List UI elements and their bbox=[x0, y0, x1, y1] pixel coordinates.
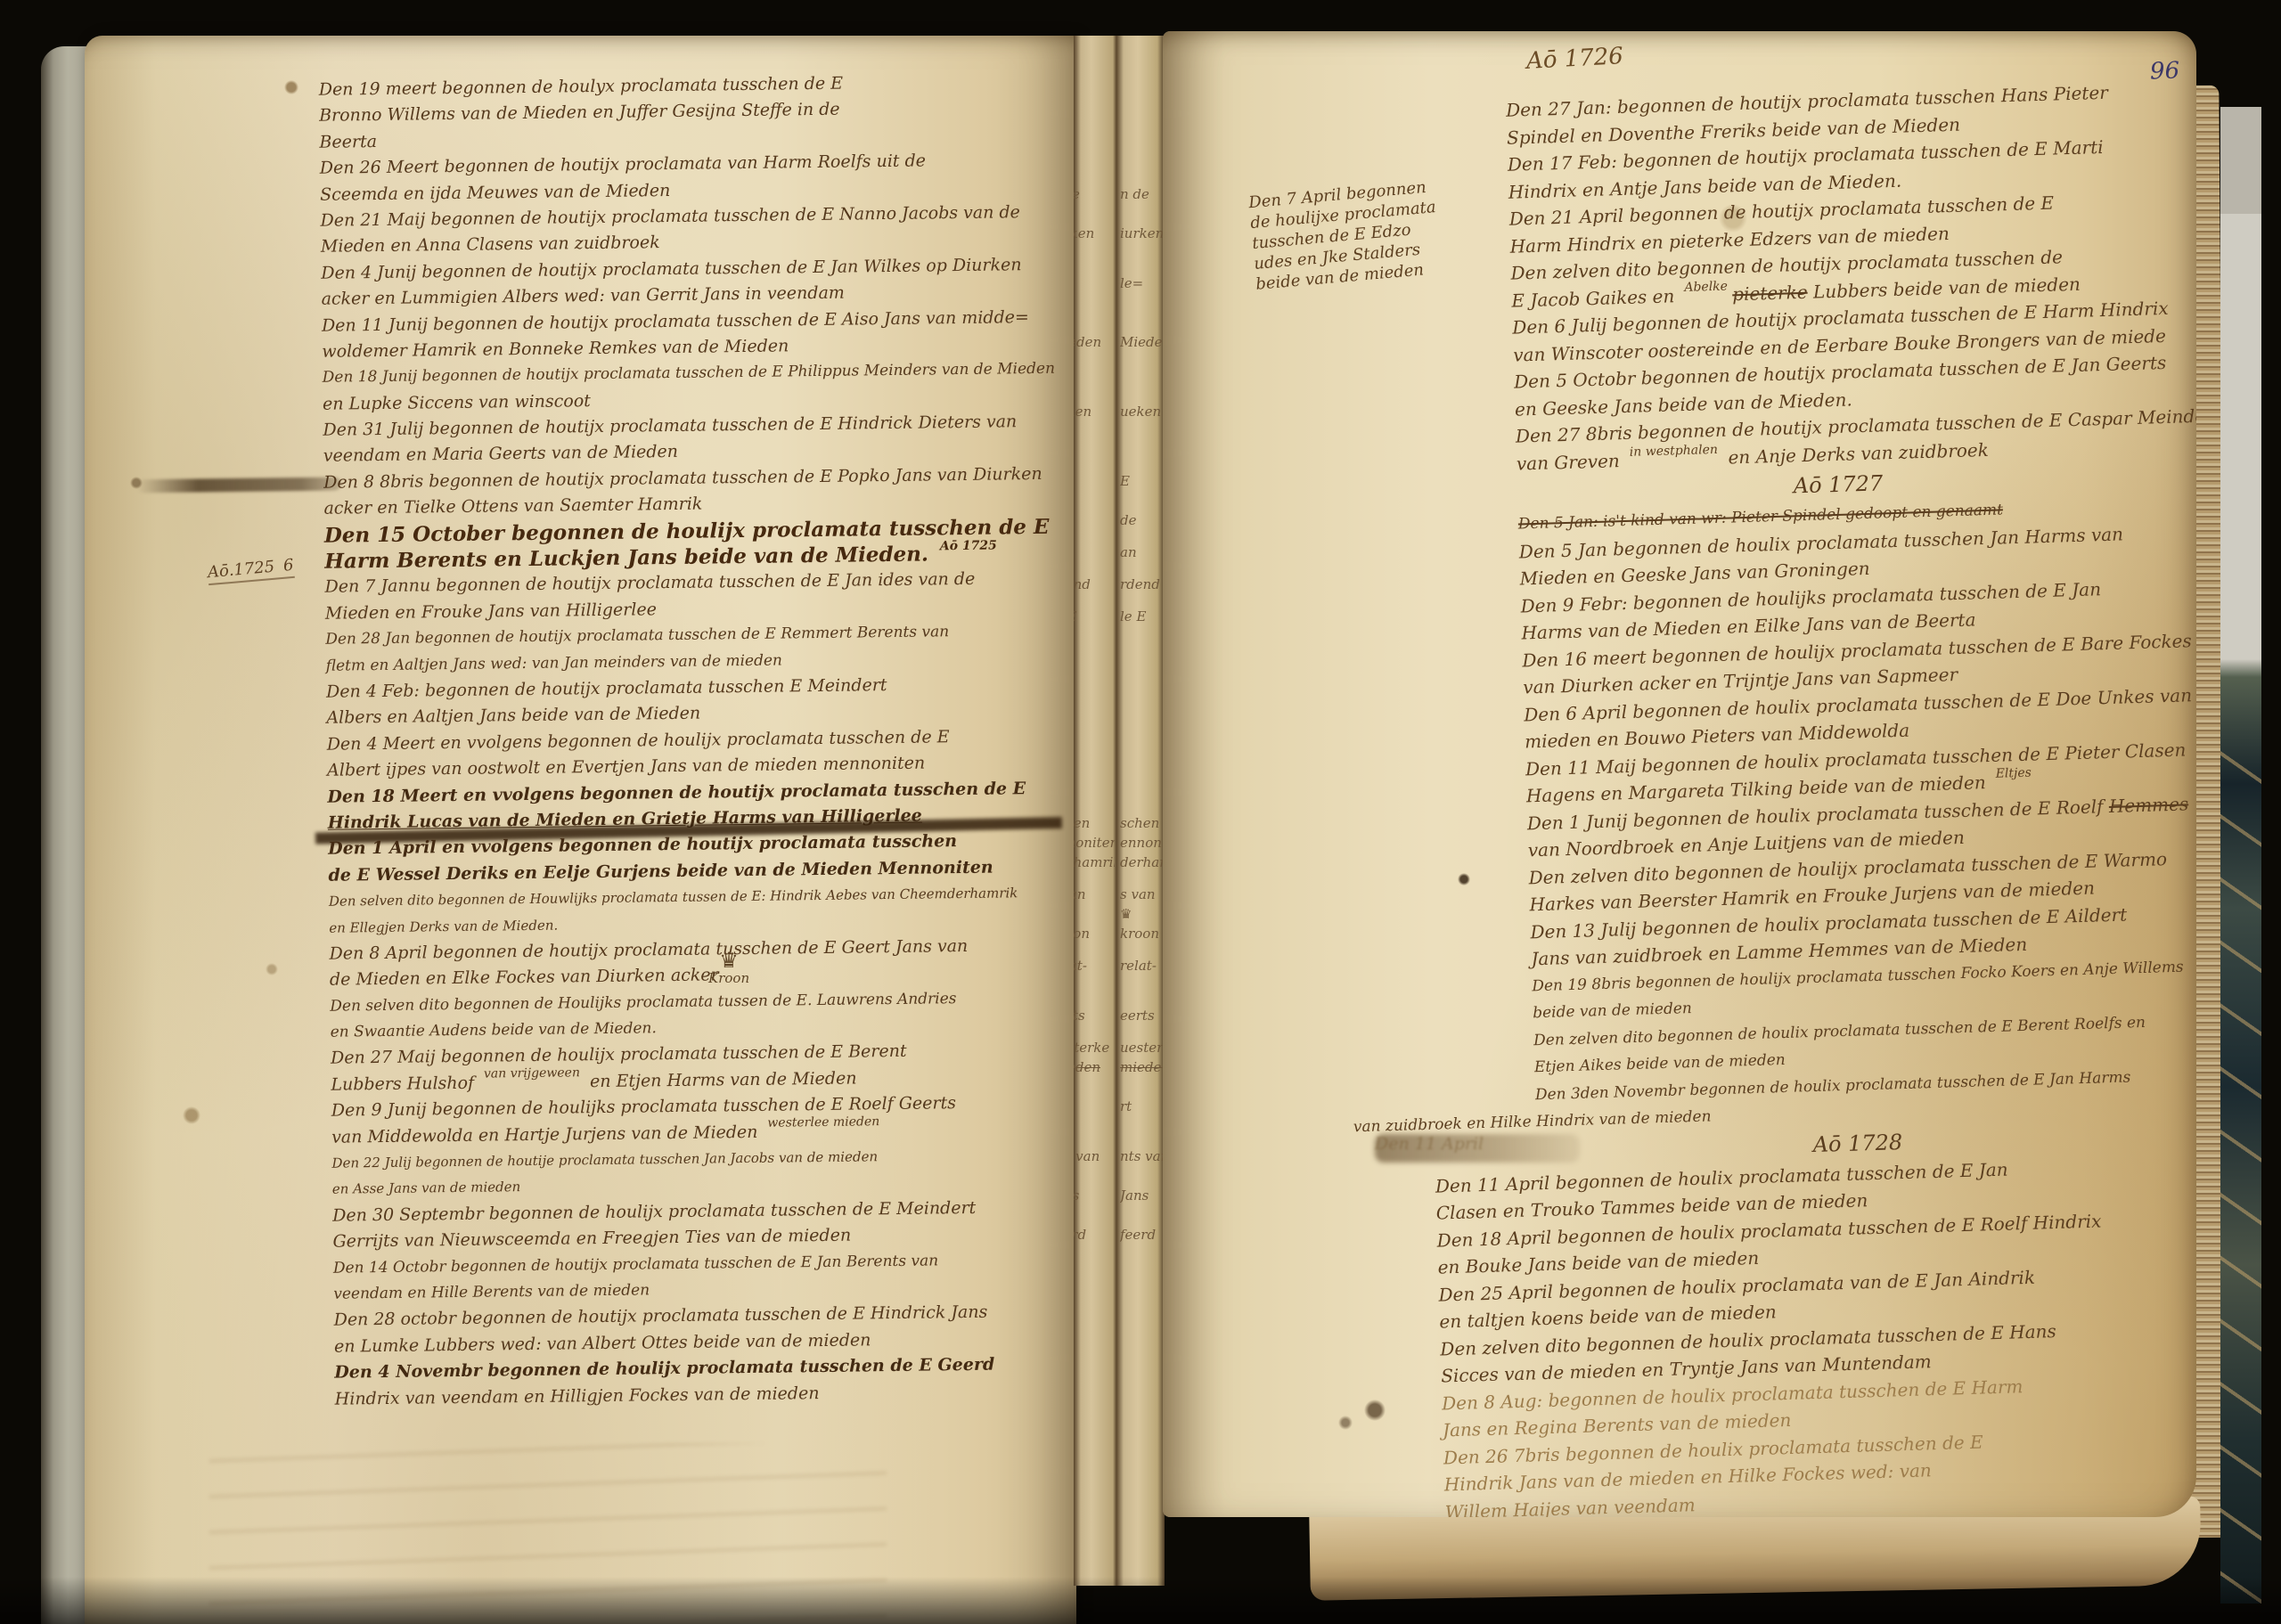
gutter-text-fragment: ♛ bbox=[1074, 905, 1115, 923]
gutter-text-fragment: kroon bbox=[1120, 925, 1165, 943]
gutter-text-fragment: ennoniten bbox=[1120, 834, 1165, 852]
gutter-text-fragment: rdend bbox=[1120, 575, 1165, 593]
left-page-text-block: Den 19 meert begonnen de houlyx proclama… bbox=[85, 36, 1076, 1416]
gutter-fragment-list: n deiurkenle=MiedenuekenEdeanrdendle Esc… bbox=[1074, 185, 1115, 1244]
gutter-text-fragment: schen bbox=[1074, 814, 1115, 832]
inserted-word: Eltjes bbox=[1995, 766, 2032, 781]
inserted-word: westerlee mieden bbox=[767, 1114, 879, 1130]
line-fragment: van Middewolda en Hartje Jurjens van de … bbox=[331, 1122, 764, 1147]
gutter-text-fragment: le= bbox=[1120, 274, 1165, 292]
gutter-text-fragment: iurken bbox=[1074, 224, 1115, 242]
gutter-text-fragment: uesterke bbox=[1120, 1039, 1165, 1057]
gutter-text-fragment: ♛ bbox=[1120, 905, 1165, 923]
left-page: Den 19 meert begonnen de houlyx proclama… bbox=[85, 36, 1076, 1624]
gutter-text-fragment: feerd bbox=[1074, 1226, 1115, 1244]
inserted-word: van vrijgeween bbox=[484, 1065, 580, 1081]
gutter-text-fragment: schen bbox=[1120, 814, 1165, 832]
gutter-text-fragment: le E bbox=[1074, 608, 1115, 625]
gutter-text-fragment: n de bbox=[1074, 185, 1115, 203]
gutter-text-fragment: ennoniten bbox=[1074, 834, 1115, 852]
gutter-text-fragment: ueken bbox=[1120, 403, 1165, 420]
gutter-text-fragment: E bbox=[1120, 472, 1165, 490]
gutter-text-fragment: mieden bbox=[1120, 1058, 1165, 1076]
gutter-text-fragment: eerts bbox=[1120, 1007, 1165, 1024]
inserted-word: Aō 1725 bbox=[940, 539, 997, 554]
line-fragment: van Greven bbox=[1517, 449, 1626, 474]
gutter-text-fragment: n de bbox=[1120, 185, 1165, 203]
gutter-text-fragment: relat- bbox=[1120, 957, 1165, 975]
line-fragment: en Etjen Harms van de Mieden bbox=[585, 1068, 857, 1091]
gutter-text-fragment: le E bbox=[1120, 608, 1165, 625]
erased-entry-text: Den 11 April bbox=[1375, 1134, 1580, 1154]
gutter-text-fragment: nts van bbox=[1120, 1147, 1165, 1165]
gutter-text-fragment: ueken bbox=[1074, 403, 1115, 420]
gutter-strip-right: n deiurkenle=MiedenuekenEdeanrdendle Esc… bbox=[1120, 36, 1165, 1586]
gutter-text-fragment: mieden bbox=[1074, 1058, 1115, 1076]
gutter-text-fragment: nts van bbox=[1074, 1147, 1115, 1165]
gutter-text-fragment: rdend bbox=[1074, 575, 1115, 593]
gutter-text-fragment: Mieden bbox=[1074, 333, 1115, 351]
line-fragment: E Jacob Gaikes en bbox=[1511, 285, 1680, 312]
gutter-text-fragment: E bbox=[1074, 472, 1115, 490]
gutter-text-fragment: kroon bbox=[1074, 925, 1115, 943]
inserted-word: in westphalen bbox=[1630, 442, 1719, 459]
gutter-text-fragment: Jans bbox=[1074, 1187, 1115, 1204]
crown-icon: ♛ bbox=[708, 951, 749, 969]
gutter-text-fragment: Mieden bbox=[1120, 333, 1165, 351]
photo-bottom-shadow bbox=[0, 1577, 2281, 1624]
margin-year-suffix: 6 bbox=[282, 556, 294, 575]
gutter-text-fragment: derhamrik bbox=[1074, 853, 1115, 871]
crown-label: Kroon bbox=[708, 969, 749, 987]
gutter-text-fragment: de bbox=[1120, 511, 1165, 529]
gutter-text-fragment: rt bbox=[1120, 1098, 1165, 1115]
gutter-text-fragment: s van bbox=[1074, 885, 1115, 903]
gutter-text-fragment: iurken bbox=[1120, 224, 1165, 242]
gutter-text-fragment: an bbox=[1120, 543, 1165, 561]
gutter-text-fragment: an bbox=[1074, 543, 1115, 561]
struck-word: pieterke bbox=[1732, 281, 1808, 304]
erased-entry: Den 11 April bbox=[1375, 1134, 1580, 1163]
gutter-text-fragment: rt bbox=[1074, 1098, 1115, 1115]
gutter-strip-left: n deiurkenle=MiedenuekenEdeanrdendle Esc… bbox=[1074, 36, 1115, 1586]
gutter-fragment-list: n deiurkenle=MiedenuekenEdeanrdendle Esc… bbox=[1120, 185, 1165, 1244]
gutter-text-fragment: Jans bbox=[1120, 1187, 1165, 1204]
manuscript-book-photo: Den 19 meert begonnen de houlyx proclama… bbox=[0, 0, 2281, 1624]
gutter-text-fragment: s van bbox=[1120, 885, 1165, 903]
gutter-text-fragment: uesterke bbox=[1074, 1039, 1115, 1057]
struck-word: Hemmes bbox=[2108, 793, 2188, 817]
gutter-text-fragment: feerd bbox=[1120, 1226, 1165, 1244]
crown-doodle-note: ♛ Kroon bbox=[708, 951, 749, 987]
gutter-text-fragment: le= bbox=[1074, 274, 1115, 292]
inserted-word: Abelke bbox=[1684, 279, 1728, 294]
right-page-text-block: Den 27 Jan: begonnen de houtijx proclama… bbox=[1163, 31, 2196, 1517]
gutter-text-fragment: de bbox=[1074, 511, 1115, 529]
marbled-paper-veins bbox=[2220, 748, 2261, 1604]
gutter-text-fragment: eerts bbox=[1074, 1007, 1115, 1024]
book-gutter: n deiurkenle=MiedenuekenEdeanrdendle Esc… bbox=[1074, 36, 1165, 1586]
gutter-text-fragment: derhamrik bbox=[1120, 853, 1165, 871]
line-fragment: Lubbers Hulshof bbox=[331, 1073, 479, 1095]
right-page: Aō 1726 96 Den 7 April begonnende houlij… bbox=[1163, 31, 2196, 1517]
gutter-text-fragment: relat- bbox=[1074, 957, 1115, 975]
